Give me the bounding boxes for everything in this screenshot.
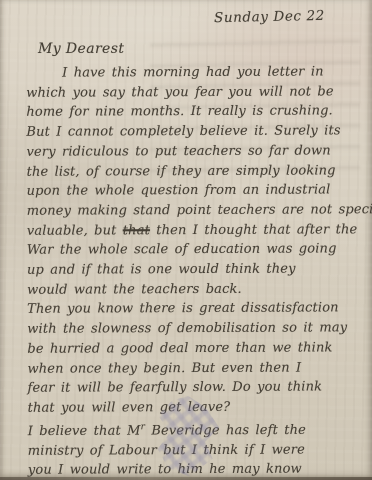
letter-line: up and if that is one would think they xyxy=(27,259,365,280)
letter-text: very ridiculous to put teachers so far d… xyxy=(26,143,330,159)
letter-text: fear it will be fearfully slow. Do you t… xyxy=(27,380,322,396)
letter-text: upon the whole question from an industri… xyxy=(27,183,331,199)
letter-text: then I thought that after the xyxy=(150,222,357,238)
letter-salutation: My Dearest xyxy=(38,41,124,57)
letter-line: Then you know there is great dissatisfac… xyxy=(27,299,365,320)
letter-text: Beveridge has left the xyxy=(145,423,306,439)
letter-line: But I cannot completely believe it. Sure… xyxy=(26,121,364,142)
letter-page: Sunday Dec 22 My Dearest I have this mor… xyxy=(0,0,372,480)
letter-text: when once they begin. But even then I xyxy=(27,360,301,376)
letter-line: home for nine months. It really is crush… xyxy=(26,102,364,123)
letter-line: with the slowness of demobilisation so i… xyxy=(27,318,365,339)
letter-line: you I would write to him he may know xyxy=(28,460,366,480)
letter-line: the list, of course if they are simply l… xyxy=(27,161,365,182)
letter-line: that you will even get leave? xyxy=(28,397,366,418)
letter-text: that you will even get leave? xyxy=(28,400,231,416)
letter-text: War the whole scale of education was goi… xyxy=(27,242,337,258)
letter-text: I have this morning had you letter in xyxy=(62,64,324,80)
letter-line: upon the whole question from an industri… xyxy=(27,180,365,201)
letter-line: money making stand point teachers are no… xyxy=(27,200,365,221)
letter-line: fear it will be fearfully slow. Do you t… xyxy=(27,378,365,399)
letter-text: you I would write to him he may know xyxy=(28,462,302,478)
letter-text: money making stand point teachers are no… xyxy=(27,202,372,219)
letter-text: ministry of Labour but I think if I were xyxy=(28,442,305,458)
letter-text: Then you know there is great dissatisfac… xyxy=(27,301,339,317)
letter-text: the list, of course if they are simply l… xyxy=(27,163,336,179)
letter-text: be hurried a good deal more than we thin… xyxy=(27,340,332,356)
letter-line: would want the teachers back. xyxy=(27,279,365,300)
letter-line: which you say that you fear you will not… xyxy=(26,82,364,103)
letter-text: with the slowness of demobilisation so i… xyxy=(27,320,347,336)
letter-text: up and if that is one would think they xyxy=(27,262,296,278)
letter-text: would want the teachers back. xyxy=(27,282,242,298)
letter-text: which you say that you fear you will not… xyxy=(26,84,334,100)
letter-text: home for nine months. It really is crush… xyxy=(26,104,333,120)
letter-line: when once they begin. But even then I xyxy=(27,358,365,379)
letter-text: I believe that M xyxy=(28,423,141,438)
letter-line: valuable, but that then I thought that a… xyxy=(27,220,365,241)
struck-word: that xyxy=(123,223,150,238)
letter-line: ministry of Labour but I think if I were xyxy=(28,440,366,461)
letter-text: valuable, but xyxy=(27,223,123,238)
letter-line: be hurried a good deal more than we thin… xyxy=(27,338,365,359)
letter-body: I have this morning had you letter inwhi… xyxy=(26,62,366,480)
letter-line: I believe that Mr Beveridge has left the xyxy=(28,417,366,442)
letter-date: Sunday Dec 22 xyxy=(214,8,325,26)
letter-text: But I cannot completely believe it. Sure… xyxy=(26,123,340,139)
letter-line: very ridiculous to put teachers so far d… xyxy=(26,141,364,162)
letter-line: War the whole scale of education was goi… xyxy=(27,240,365,261)
letter-line: I have this morning had you letter in xyxy=(26,62,364,83)
